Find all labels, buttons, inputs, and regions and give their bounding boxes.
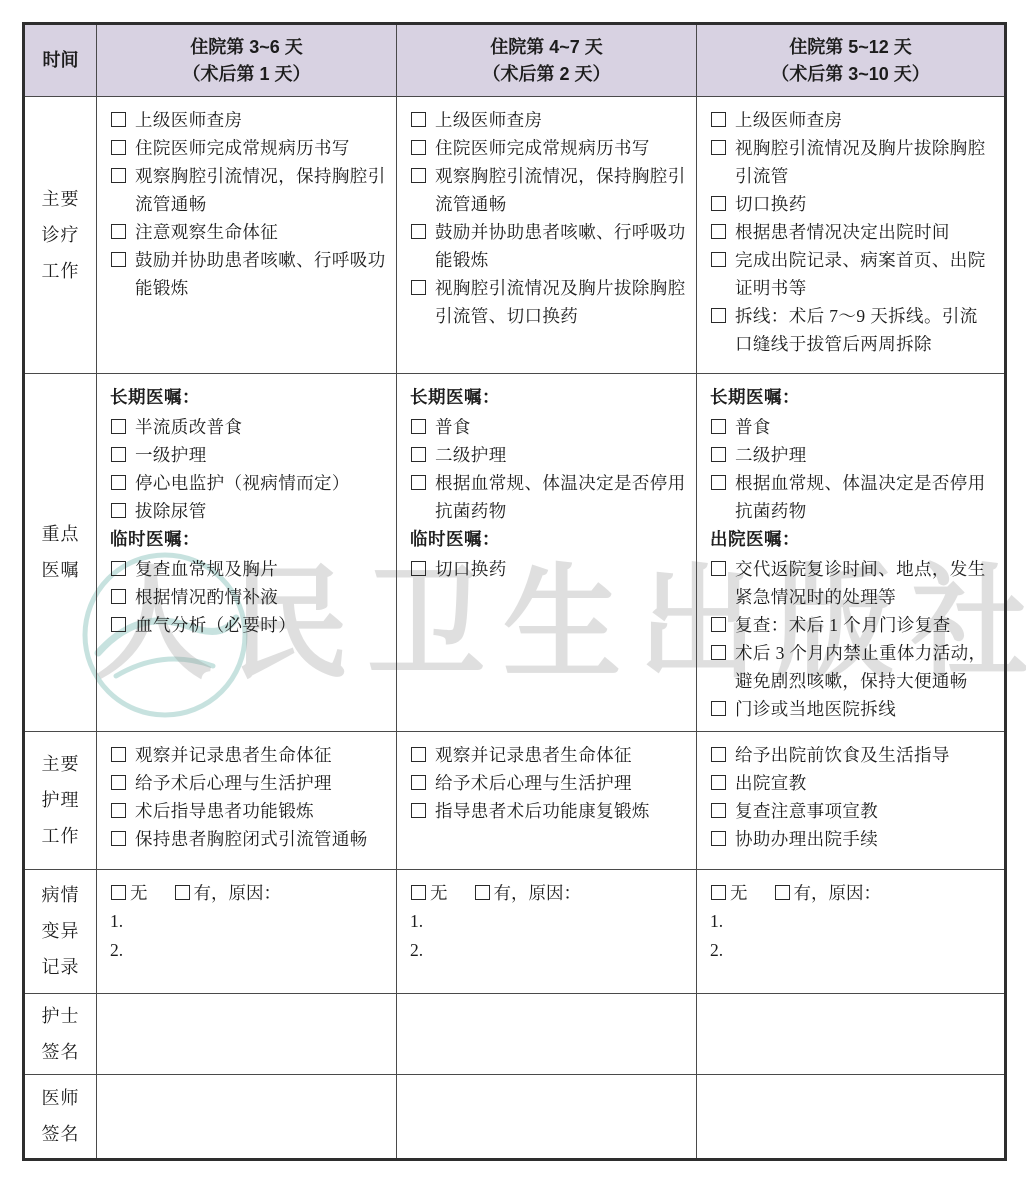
checklist-item: 二级护理 bbox=[410, 441, 686, 469]
checklist-item: 上级医师查房 bbox=[110, 106, 386, 134]
checkbox-icon bbox=[711, 701, 726, 716]
checklist-item-text: 根据血常规、体温决定是否停用抗菌药物 bbox=[735, 469, 994, 525]
checkbox-icon bbox=[711, 308, 726, 323]
row-label-key-orders: 重点医嘱 bbox=[24, 374, 97, 732]
checkbox-icon bbox=[411, 168, 426, 183]
checkbox-icon bbox=[711, 617, 726, 632]
physician-signature-cell-3 bbox=[697, 1074, 1006, 1159]
checkbox-icon bbox=[111, 112, 126, 127]
checkbox-icon bbox=[411, 447, 426, 462]
checkbox-icon bbox=[475, 885, 490, 900]
variation-option-label: 无 bbox=[430, 879, 448, 907]
checklist-item: 注意观察生命体征 bbox=[110, 218, 386, 246]
table-row-key-orders: 重点医嘱长期医嘱：半流质改普食一级护理停心电监护（视病情而定）拔除尿管临时医嘱：… bbox=[24, 374, 1006, 732]
numbered-blank-line: 2. bbox=[110, 936, 386, 966]
numbered-blank-line: 1. bbox=[710, 907, 994, 937]
variation-record-cell-1: 无有，原因：1.2. bbox=[97, 869, 397, 993]
checkbox-icon bbox=[111, 140, 126, 155]
checkbox-icon bbox=[711, 831, 726, 846]
checklist-item: 停心电监护（视病情而定） bbox=[110, 469, 386, 497]
nurse-signature-cell-2 bbox=[397, 993, 697, 1074]
checklist-item-text: 注意观察生命体征 bbox=[135, 218, 386, 246]
checkbox-icon bbox=[711, 475, 726, 490]
checklist-item-text: 拆线：术后 7～9 天拆线。引流口缝线于拔管后两周拆除 bbox=[735, 302, 994, 358]
checklist-item-text: 观察并记录患者生命体征 bbox=[435, 741, 686, 769]
checklist-item-text: 鼓励并协助患者咳嗽、行呼吸功能锻炼 bbox=[135, 246, 386, 302]
checkbox-icon bbox=[111, 503, 126, 518]
checklist-item: 观察胸腔引流情况，保持胸腔引流管通畅 bbox=[410, 162, 686, 218]
checklist-item-text: 复查血常规及胸片 bbox=[135, 555, 386, 583]
checklist-item: 保持患者胸腔闭式引流管通畅 bbox=[110, 825, 386, 853]
table-row-main-treatment: 主要诊疗工作上级医师查房住院医师完成常规病历书写观察胸腔引流情况，保持胸腔引流管… bbox=[24, 97, 1006, 374]
physician-signature-cell-1 bbox=[97, 1074, 397, 1159]
orders-subheading: 长期医嘱： bbox=[110, 383, 386, 413]
checkbox-icon bbox=[111, 589, 126, 604]
numbered-blank-line: 2. bbox=[410, 936, 686, 966]
checkbox-icon bbox=[111, 224, 126, 239]
checklist-item: 给予出院前饮食及生活指导 bbox=[710, 741, 994, 769]
variation-option: 有，原因： bbox=[774, 879, 882, 907]
checklist-item-text: 切口换药 bbox=[735, 190, 994, 218]
row-label-line: 病情 bbox=[27, 877, 94, 913]
checklist-item-text: 复查注意事项宣教 bbox=[735, 797, 994, 825]
checklist-item: 根据患者情况决定出院时间 bbox=[710, 218, 994, 246]
checklist-item-text: 观察并记录患者生命体征 bbox=[135, 741, 386, 769]
clinical-pathway-document-page: 人民卫生出版社 时间 住院第 3~6 天 （术后第 1 天） 住院第 4~7 天… bbox=[0, 0, 1026, 1195]
checklist-item: 观察并记录患者生命体征 bbox=[110, 741, 386, 769]
checklist-item: 切口换药 bbox=[710, 190, 994, 218]
checkbox-icon bbox=[711, 224, 726, 239]
row-label-variation-record: 病情变异记录 bbox=[24, 869, 97, 993]
checklist-item-text: 半流质改普食 bbox=[135, 413, 386, 441]
checklist-item: 上级医师查房 bbox=[410, 106, 686, 134]
checklist-item-text: 普食 bbox=[735, 413, 994, 441]
day-column-header-3: 住院第 5~12 天 （术后第 3~10 天） bbox=[697, 24, 1006, 97]
checklist-item: 完成出院记录、病案首页、出院证明书等 bbox=[710, 246, 994, 302]
checkbox-icon bbox=[111, 775, 126, 790]
orders-subheading: 临时医嘱： bbox=[110, 525, 386, 555]
checklist-item: 给予术后心理与生活护理 bbox=[410, 769, 686, 797]
postop-range: （术后第 2 天） bbox=[401, 61, 692, 88]
checklist-item-text: 视胸腔引流情况及胸片拔除胸腔引流管 bbox=[735, 134, 994, 190]
checklist-item-text: 保持患者胸腔闭式引流管通畅 bbox=[135, 825, 386, 853]
checklist-item-text: 二级护理 bbox=[735, 441, 994, 469]
variation-option-label: 有，原因： bbox=[194, 879, 282, 907]
checklist-item: 普食 bbox=[710, 413, 994, 441]
checkbox-icon bbox=[111, 475, 126, 490]
checkbox-icon bbox=[711, 196, 726, 211]
checkbox-icon bbox=[111, 831, 126, 846]
row-label-line: 变异 bbox=[27, 913, 94, 949]
checklist-item: 根据血常规、体温决定是否停用抗菌药物 bbox=[710, 469, 994, 525]
nurse-signature-cell-3 bbox=[697, 993, 1006, 1074]
checkbox-icon bbox=[711, 885, 726, 900]
checkbox-icon bbox=[711, 747, 726, 762]
numbered-blank-line: 2. bbox=[710, 936, 994, 966]
main-nursing-cell-2: 观察并记录患者生命体征给予术后心理与生活护理指导患者术后功能康复锻炼 bbox=[397, 731, 697, 869]
row-label-line: 签名 bbox=[27, 1034, 94, 1070]
checkbox-icon bbox=[411, 112, 426, 127]
checkbox-icon bbox=[111, 885, 126, 900]
checkbox-icon bbox=[111, 561, 126, 576]
main-treatment-cell-3: 上级医师查房视胸腔引流情况及胸片拔除胸腔引流管切口换药根据患者情况决定出院时间完… bbox=[697, 97, 1006, 374]
orders-subheading: 临时医嘱： bbox=[410, 525, 686, 555]
checklist-item-text: 协助办理出院手续 bbox=[735, 825, 994, 853]
day-range: 住院第 5~12 天 bbox=[701, 34, 1000, 61]
checklist-item-text: 根据患者情况决定出院时间 bbox=[735, 218, 994, 246]
main-nursing-cell-1: 观察并记录患者生命体征给予术后心理与生活护理术后指导患者功能锻炼保持患者胸腔闭式… bbox=[97, 731, 397, 869]
checkbox-icon bbox=[711, 419, 726, 434]
checklist-item: 住院医师完成常规病历书写 bbox=[110, 134, 386, 162]
variation-record-cell-3: 无有，原因：1.2. bbox=[697, 869, 1006, 993]
checklist-item-text: 门诊或当地医院拆线 bbox=[735, 695, 994, 723]
table-row-main-nursing: 主要护理工作观察并记录患者生命体征给予术后心理与生活护理术后指导患者功能锻炼保持… bbox=[24, 731, 1006, 869]
key-orders-cell-3: 长期医嘱：普食二级护理根据血常规、体温决定是否停用抗菌药物出院医嘱：交代返院复诊… bbox=[697, 374, 1006, 732]
checkbox-icon bbox=[775, 885, 790, 900]
row-label-line: 记录 bbox=[27, 949, 94, 985]
numbered-blank-line: 1. bbox=[110, 907, 386, 937]
checklist-item: 鼓励并协助患者咳嗽、行呼吸功能锻炼 bbox=[110, 246, 386, 302]
variation-options-line: 无有，原因： bbox=[710, 879, 994, 907]
checklist-item: 半流质改普食 bbox=[110, 413, 386, 441]
table-row-physician-signature: 医师签名 bbox=[24, 1074, 1006, 1159]
checkbox-icon bbox=[711, 803, 726, 818]
variation-option-label: 有，原因： bbox=[794, 879, 882, 907]
checkbox-icon bbox=[175, 885, 190, 900]
checklist-item: 术后指导患者功能锻炼 bbox=[110, 797, 386, 825]
checklist-item-text: 给予术后心理与生活护理 bbox=[135, 769, 386, 797]
checklist-item-text: 根据血常规、体温决定是否停用抗菌药物 bbox=[435, 469, 686, 525]
checklist-item-text: 复查：术后 1 个月门诊复查 bbox=[735, 611, 994, 639]
checklist-item-text: 上级医师查房 bbox=[435, 106, 686, 134]
checkbox-icon bbox=[111, 803, 126, 818]
row-label-line: 医师 bbox=[27, 1080, 94, 1116]
checklist-item-text: 一级护理 bbox=[135, 441, 386, 469]
checklist-item-text: 交代返院复诊时间、地点，发生紧急情况时的处理等 bbox=[735, 555, 994, 611]
checklist-item: 观察并记录患者生命体征 bbox=[410, 741, 686, 769]
variation-option-label: 无 bbox=[130, 879, 148, 907]
checkbox-icon bbox=[711, 447, 726, 462]
row-label-line: 签名 bbox=[27, 1116, 94, 1152]
row-label-main-treatment: 主要诊疗工作 bbox=[24, 97, 97, 374]
checkbox-icon bbox=[111, 747, 126, 762]
row-label-main-nursing: 主要护理工作 bbox=[24, 731, 97, 869]
checklist-item: 拆线：术后 7～9 天拆线。引流口缝线于拔管后两周拆除 bbox=[710, 302, 994, 358]
orders-subheading: 长期医嘱： bbox=[710, 383, 994, 413]
checklist-item: 住院医师完成常规病历书写 bbox=[410, 134, 686, 162]
main-treatment-cell-2: 上级医师查房住院医师完成常规病历书写观察胸腔引流情况，保持胸腔引流管通畅鼓励并协… bbox=[397, 97, 697, 374]
row-label-line: 诊疗 bbox=[27, 217, 94, 253]
header-row: 时间 住院第 3~6 天 （术后第 1 天） 住院第 4~7 天 （术后第 2 … bbox=[24, 24, 1006, 97]
checkbox-icon bbox=[411, 775, 426, 790]
row-label-line: 重点 bbox=[27, 516, 94, 552]
clinical-pathway-table: 时间 住院第 3~6 天 （术后第 1 天） 住院第 4~7 天 （术后第 2 … bbox=[22, 22, 1007, 1161]
physician-signature-cell-2 bbox=[397, 1074, 697, 1159]
checklist-item: 根据情况酌情补液 bbox=[110, 583, 386, 611]
checklist-item: 血气分析（必要时） bbox=[110, 611, 386, 639]
checklist-item-text: 住院医师完成常规病历书写 bbox=[435, 134, 686, 162]
checklist-item: 给予术后心理与生活护理 bbox=[110, 769, 386, 797]
variation-option: 无 bbox=[710, 879, 748, 907]
day-column-header-2: 住院第 4~7 天 （术后第 2 天） bbox=[397, 24, 697, 97]
checklist-item-text: 视胸腔引流情况及胸片拔除胸腔引流管、切口换药 bbox=[435, 274, 686, 330]
checklist-item: 切口换药 bbox=[410, 555, 686, 583]
orders-subheading: 出院医嘱： bbox=[710, 525, 994, 555]
checkbox-icon bbox=[411, 803, 426, 818]
day-column-header-1: 住院第 3~6 天 （术后第 1 天） bbox=[97, 24, 397, 97]
day-range: 住院第 3~6 天 bbox=[101, 34, 392, 61]
checkbox-icon bbox=[411, 475, 426, 490]
checkbox-icon bbox=[711, 775, 726, 790]
checklist-item: 根据血常规、体温决定是否停用抗菌药物 bbox=[410, 469, 686, 525]
checklist-item-text: 观察胸腔引流情况，保持胸腔引流管通畅 bbox=[135, 162, 386, 218]
checklist-item: 二级护理 bbox=[710, 441, 994, 469]
variation-option: 无 bbox=[110, 879, 148, 907]
checklist-item-text: 停心电监护（视病情而定） bbox=[135, 469, 386, 497]
checklist-item-text: 鼓励并协助患者咳嗽、行呼吸功能锻炼 bbox=[435, 218, 686, 274]
checkbox-icon bbox=[411, 885, 426, 900]
checklist-item: 交代返院复诊时间、地点，发生紧急情况时的处理等 bbox=[710, 555, 994, 611]
checkbox-icon bbox=[711, 561, 726, 576]
checkbox-icon bbox=[411, 140, 426, 155]
checkbox-icon bbox=[411, 280, 426, 295]
row-label-nurse-signature: 护士签名 bbox=[24, 993, 97, 1074]
checkbox-icon bbox=[111, 447, 126, 462]
variation-option-label: 有，原因： bbox=[494, 879, 582, 907]
checklist-item: 指导患者术后功能康复锻炼 bbox=[410, 797, 686, 825]
checklist-item-text: 观察胸腔引流情况，保持胸腔引流管通畅 bbox=[435, 162, 686, 218]
checklist-item: 出院宣教 bbox=[710, 769, 994, 797]
checkbox-icon bbox=[711, 112, 726, 127]
checklist-item-text: 给予出院前饮食及生活指导 bbox=[735, 741, 994, 769]
checkbox-icon bbox=[111, 168, 126, 183]
checklist-item: 协助办理出院手续 bbox=[710, 825, 994, 853]
checklist-item: 普食 bbox=[410, 413, 686, 441]
row-label-physician-signature: 医师签名 bbox=[24, 1074, 97, 1159]
checklist-item: 一级护理 bbox=[110, 441, 386, 469]
checkbox-icon bbox=[711, 140, 726, 155]
checklist-item-text: 拔除尿管 bbox=[135, 497, 386, 525]
checkbox-icon bbox=[111, 419, 126, 434]
key-orders-cell-1: 长期医嘱：半流质改普食一级护理停心电监护（视病情而定）拔除尿管临时医嘱：复查血常… bbox=[97, 374, 397, 732]
checklist-item-text: 完成出院记录、病案首页、出院证明书等 bbox=[735, 246, 994, 302]
key-orders-cell-2: 长期医嘱：普食二级护理根据血常规、体温决定是否停用抗菌药物临时医嘱：切口换药 bbox=[397, 374, 697, 732]
nurse-signature-cell-1 bbox=[97, 993, 397, 1074]
checklist-item: 复查血常规及胸片 bbox=[110, 555, 386, 583]
day-range: 住院第 4~7 天 bbox=[401, 34, 692, 61]
variation-option-label: 无 bbox=[730, 879, 748, 907]
checklist-item: 术后 3 个月内禁止重体力活动，避免剧烈咳嗽，保持大便通畅 bbox=[710, 639, 994, 695]
checklist-item: 视胸腔引流情况及胸片拔除胸腔引流管、切口换药 bbox=[410, 274, 686, 330]
checklist-item-text: 二级护理 bbox=[435, 441, 686, 469]
checklist-item: 视胸腔引流情况及胸片拔除胸腔引流管 bbox=[710, 134, 994, 190]
variation-options-line: 无有，原因： bbox=[110, 879, 386, 907]
checkbox-icon bbox=[111, 252, 126, 267]
checkbox-icon bbox=[111, 617, 126, 632]
checkbox-icon bbox=[411, 419, 426, 434]
checklist-item: 复查注意事项宣教 bbox=[710, 797, 994, 825]
checklist-item-text: 切口换药 bbox=[435, 555, 686, 583]
checklist-item: 复查：术后 1 个月门诊复查 bbox=[710, 611, 994, 639]
row-label-line: 工作 bbox=[27, 818, 94, 854]
checklist-item-text: 血气分析（必要时） bbox=[135, 611, 386, 639]
checklist-item-text: 普食 bbox=[435, 413, 686, 441]
checklist-item-text: 指导患者术后功能康复锻炼 bbox=[435, 797, 686, 825]
checklist-item: 观察胸腔引流情况，保持胸腔引流管通畅 bbox=[110, 162, 386, 218]
checkbox-icon bbox=[411, 224, 426, 239]
checklist-item: 拔除尿管 bbox=[110, 497, 386, 525]
checklist-item-text: 术后 3 个月内禁止重体力活动，避免剧烈咳嗽，保持大便通畅 bbox=[735, 639, 994, 695]
row-label-line: 护理 bbox=[27, 782, 94, 818]
checklist-item: 鼓励并协助患者咳嗽、行呼吸功能锻炼 bbox=[410, 218, 686, 274]
numbered-blank-line: 1. bbox=[410, 907, 686, 937]
checklist-item-text: 住院医师完成常规病历书写 bbox=[135, 134, 386, 162]
checklist-item-text: 术后指导患者功能锻炼 bbox=[135, 797, 386, 825]
checklist-item: 上级医师查房 bbox=[710, 106, 994, 134]
main-nursing-cell-3: 给予出院前饮食及生活指导出院宣教复查注意事项宣教协助办理出院手续 bbox=[697, 731, 1006, 869]
orders-subheading: 长期医嘱： bbox=[410, 383, 686, 413]
variation-option: 无 bbox=[410, 879, 448, 907]
checklist-item-text: 上级医师查房 bbox=[135, 106, 386, 134]
checkbox-icon bbox=[711, 645, 726, 660]
checklist-item: 门诊或当地医院拆线 bbox=[710, 695, 994, 723]
postop-range: （术后第 1 天） bbox=[101, 61, 392, 88]
table-row-variation-record: 病情变异记录无有，原因：1.2.无有，原因：1.2.无有，原因：1.2. bbox=[24, 869, 1006, 993]
row-label-line: 护士 bbox=[27, 998, 94, 1034]
checklist-item-text: 给予术后心理与生活护理 bbox=[435, 769, 686, 797]
variation-option: 有，原因： bbox=[174, 879, 282, 907]
variation-option: 有，原因： bbox=[474, 879, 582, 907]
table-row-nurse-signature: 护士签名 bbox=[24, 993, 1006, 1074]
row-label-line: 主要 bbox=[27, 746, 94, 782]
checkbox-icon bbox=[411, 561, 426, 576]
checklist-item-text: 根据情况酌情补液 bbox=[135, 583, 386, 611]
checkbox-icon bbox=[411, 747, 426, 762]
row-label-line: 医嘱 bbox=[27, 552, 94, 588]
checkbox-icon bbox=[711, 252, 726, 267]
variation-record-cell-2: 无有，原因：1.2. bbox=[397, 869, 697, 993]
row-label-line: 工作 bbox=[27, 253, 94, 289]
time-header-cell: 时间 bbox=[24, 24, 97, 97]
postop-range: （术后第 3~10 天） bbox=[701, 61, 1000, 88]
checklist-item-text: 出院宣教 bbox=[735, 769, 994, 797]
row-label-line: 主要 bbox=[27, 181, 94, 217]
variation-options-line: 无有，原因： bbox=[410, 879, 686, 907]
main-treatment-cell-1: 上级医师查房住院医师完成常规病历书写观察胸腔引流情况，保持胸腔引流管通畅注意观察… bbox=[97, 97, 397, 374]
checklist-item-text: 上级医师查房 bbox=[735, 106, 994, 134]
